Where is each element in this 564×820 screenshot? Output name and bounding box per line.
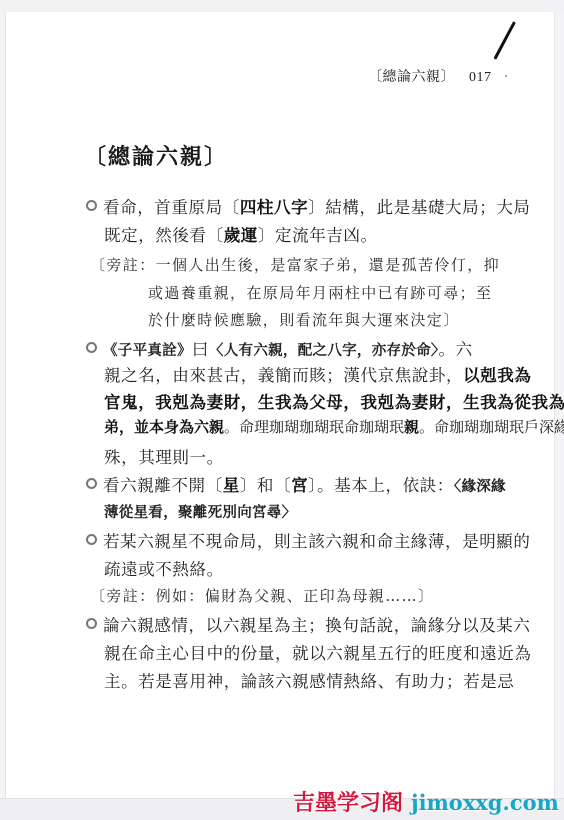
bullet-icon (86, 342, 97, 353)
watermark-brand: 吉墨学习阁 (293, 791, 403, 816)
paragraph-2-line-4: 弟，並本身為六親。命理珈瑚珈瑚珉命珈瑚珉親。命珈瑚珈瑚珉戶深緣 (104, 416, 564, 437)
ink-dot (505, 75, 507, 77)
side-note-2: 〔旁註：例如：偏財為父親、正印為母親……〕 (90, 585, 434, 606)
bullet-icon (86, 618, 97, 629)
paragraph-4-line-2: 疏遠或不熱絡。 (104, 556, 224, 580)
watermark-url: jimoxxg.com (411, 790, 559, 815)
section-title: 〔總論六親〕 (84, 140, 228, 171)
bullet-icon (86, 478, 97, 489)
paragraph-4-line-1: 若某六親星不現命局，則主該六親和命主緣薄，是明顯的 (86, 528, 531, 552)
paragraph-3-line-2: 薄從星看，聚離死別向宮尋〉 (104, 501, 296, 522)
paragraph-1-line-2: 既定，然後看〔歲運〕定流年吉凶。 (104, 222, 378, 246)
paragraph-2-line-2: 親之名，由來甚古，義簡而賅；漢代京焦說卦，以剋我為 (104, 362, 532, 386)
paragraph-5-line-1: 論六親感情，以六親星為主；換句話說，論緣分以及某六 (86, 612, 531, 636)
viewer-top-margin (0, 0, 564, 12)
paragraph-2-line-1: 《子平真詮》曰〈人有六親，配之八字，亦存於命〉。六 (86, 336, 473, 360)
side-note-1-line-3: 於什麼時候應驗，則看流年與大運來決定〕 (148, 309, 460, 330)
side-note-1-line-2: 或過養重親，在原局年月兩柱中已有跡可尋；至 (148, 282, 492, 303)
paragraph-5-line-2: 親在命主心目中的份量，就以六親星五行的旺度和遠近為 (104, 640, 532, 664)
side-note-1-line-1: 〔旁註：一個人出生後，是富家子弟，還是孤苦伶仃，抑 (90, 254, 500, 275)
quote: 〈人有六親，配之八字，亦存於命〉 (209, 343, 439, 359)
bold-term: 歲運 (224, 226, 258, 245)
running-head-chapter: 〔總論六親〕 (368, 69, 455, 85)
paragraph-3-line-1: 看六親離不開〔星〕和〔宮〕。基本上，依訣：〈緣深緣 (86, 472, 506, 496)
bullet-icon (86, 200, 97, 211)
paragraph-5-line-3: 主。若是喜用神，論該六親感情熱絡、有助力；若是忌 (104, 668, 514, 692)
watermark: 吉墨学习阁jimoxxg.com (293, 786, 559, 817)
paragraph-1-line-1: 看命，首重原局〔四柱八字〕結構，此是基礎大局；大局 (86, 194, 531, 218)
page-number: 017 (469, 70, 492, 85)
running-head: 〔總論六親〕017 (368, 66, 492, 86)
book-title: 《子平真詮》 (103, 343, 192, 359)
paragraph-2-line-5: 殊，其理則一。 (104, 444, 224, 468)
bold-term: 四柱八字 (240, 198, 308, 217)
bullet-icon (86, 534, 97, 545)
paragraph-2-line-3: 官鬼，我剋為妻財，生我為父母，我剋為妻財，生我為從我為 (104, 389, 564, 413)
